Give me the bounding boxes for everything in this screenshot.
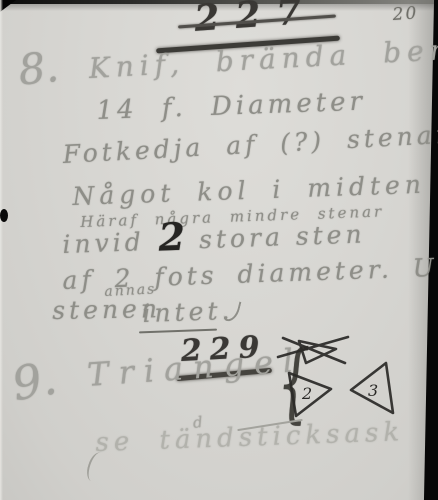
bold-number-2: 2: [158, 222, 185, 253]
photographed-notebook-page: 227 20 8. Knif, brända ben 14 f. Diamete…: [0, 0, 438, 500]
interline-insert-annas: annas: [104, 281, 157, 300]
ink-blot: [0, 209, 8, 222]
line-fotkedja: Fotkedja af (?) stenar: [62, 120, 438, 169]
page-number: 20: [392, 3, 419, 25]
line-diameter: 14 f. Diameter: [96, 87, 366, 126]
triangle-2-label: 2: [301, 384, 312, 403]
item-prefix-8: 8.: [16, 42, 61, 95]
triangle-sketches: 2 3: [272, 332, 412, 430]
triangle-3-label: 3: [368, 381, 378, 400]
pen-tail-flourish: [84, 450, 108, 483]
line-invid-word-b: stora sten: [199, 219, 366, 254]
line-intet: intet.: [142, 296, 234, 328]
line-note-matchbox: se tändsticksask: [95, 417, 405, 458]
item-prefix-9: 9.: [8, 350, 61, 411]
triangle-crossed-out-sketch: [278, 337, 348, 363]
paper-left-edge: [0, 0, 3, 500]
line-invid-word-a: invid: [62, 227, 145, 259]
